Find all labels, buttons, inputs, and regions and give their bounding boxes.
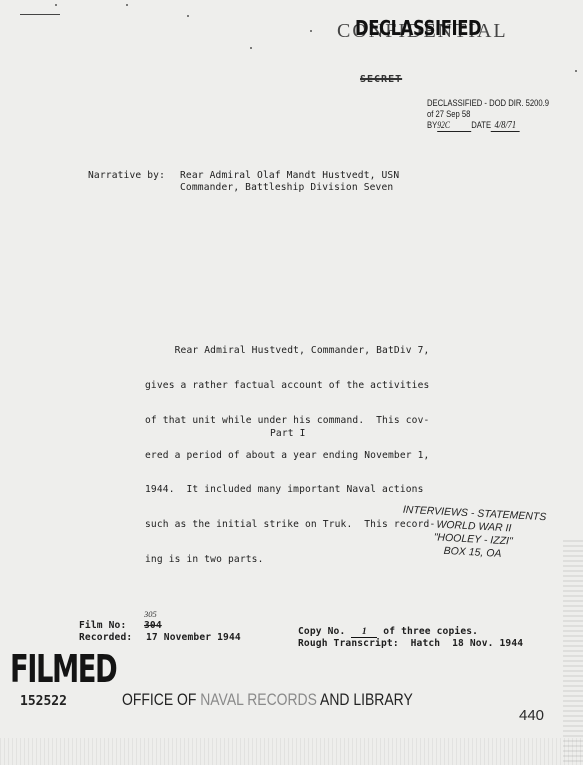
copy-number-value: 1 xyxy=(351,627,377,638)
dod-directive: DECLASSIFIED - DOD DIR. 5200.9 xyxy=(427,98,549,109)
pen-scribble xyxy=(20,10,60,15)
document-page: CONFIDENTIAL DECLASSIFIED SECRET DECLASS… xyxy=(0,0,583,765)
page-number: 440 xyxy=(519,707,544,724)
scan-speck xyxy=(55,4,57,6)
copy-prefix: Copy No. xyxy=(298,626,345,637)
narrator-name: Rear Admiral Olaf Mandt Hustvedt, USN xyxy=(180,170,399,182)
rough-transcript-line: Rough Transcript: Hatch 18 Nov. 1944 xyxy=(298,638,523,650)
part-heading: Part I xyxy=(270,428,306,440)
film-number-label: Film No: xyxy=(79,620,126,632)
scan-speck xyxy=(575,70,577,72)
date-label: DATE xyxy=(471,120,491,130)
summary-line: gives a rather factual account of the ac… xyxy=(145,380,435,392)
recorded-date: 17 November 1944 xyxy=(146,632,241,644)
film-number-value: 304 xyxy=(144,620,162,632)
scan-speck xyxy=(310,30,312,32)
summary-line: ing is in two parts. xyxy=(145,554,435,566)
narrator-title: Commander, Battleship Division Seven xyxy=(180,182,393,194)
scan-bottom-noise xyxy=(0,738,583,765)
copy-suffix: of three copies. xyxy=(383,626,478,637)
recorded-label: Recorded: xyxy=(79,632,132,644)
film-number-correction: 305 xyxy=(144,609,157,619)
office-prefix: OFFICE OF xyxy=(122,690,200,709)
summary-line: Rear Admiral Hustvedt, Commander, BatDiv… xyxy=(145,345,435,357)
handwritten-archive-note: INTERVIEWS - STATEMENTS WORLD WAR II "HO… xyxy=(387,503,559,564)
date-handwritten: 4/8/71 xyxy=(491,120,520,132)
summary-line: ered a period of about a year ending Nov… xyxy=(145,450,435,462)
declassified-stamp: DECLASSIFIED xyxy=(355,16,481,40)
by-label: BY xyxy=(427,120,437,130)
office-faded-text: NAVAL RECORDS xyxy=(200,690,317,709)
copy-number-line: Copy No. 1 of three copies. xyxy=(298,626,478,638)
office-suffix: AND LIBRARY xyxy=(317,690,413,709)
scan-speck xyxy=(187,15,189,17)
struck-secret-marking: SECRET xyxy=(360,74,402,85)
dod-date: of 27 Sep 58 xyxy=(427,109,549,120)
narrative-label: Narrative by: xyxy=(88,170,165,182)
scan-speck xyxy=(126,4,128,6)
scan-edge-noise xyxy=(563,540,583,765)
dod-declassification-stamp: DECLASSIFIED - DOD DIR. 5200.9 of 27 Sep… xyxy=(427,98,549,132)
filmed-stamp: FILMED xyxy=(10,647,116,691)
filmed-number: 152522 xyxy=(20,694,67,709)
scan-speck xyxy=(250,47,252,49)
summary-line: 1944. It included many important Naval a… xyxy=(145,484,435,496)
summary-line: of that unit while under his command. Th… xyxy=(145,415,435,427)
office-stamp: OFFICE OF NAVAL RECORDS AND LIBRARY xyxy=(122,690,413,710)
dod-signoff: BY92CDATE4/8/71 xyxy=(427,120,549,132)
by-initials: 92C xyxy=(437,120,471,132)
